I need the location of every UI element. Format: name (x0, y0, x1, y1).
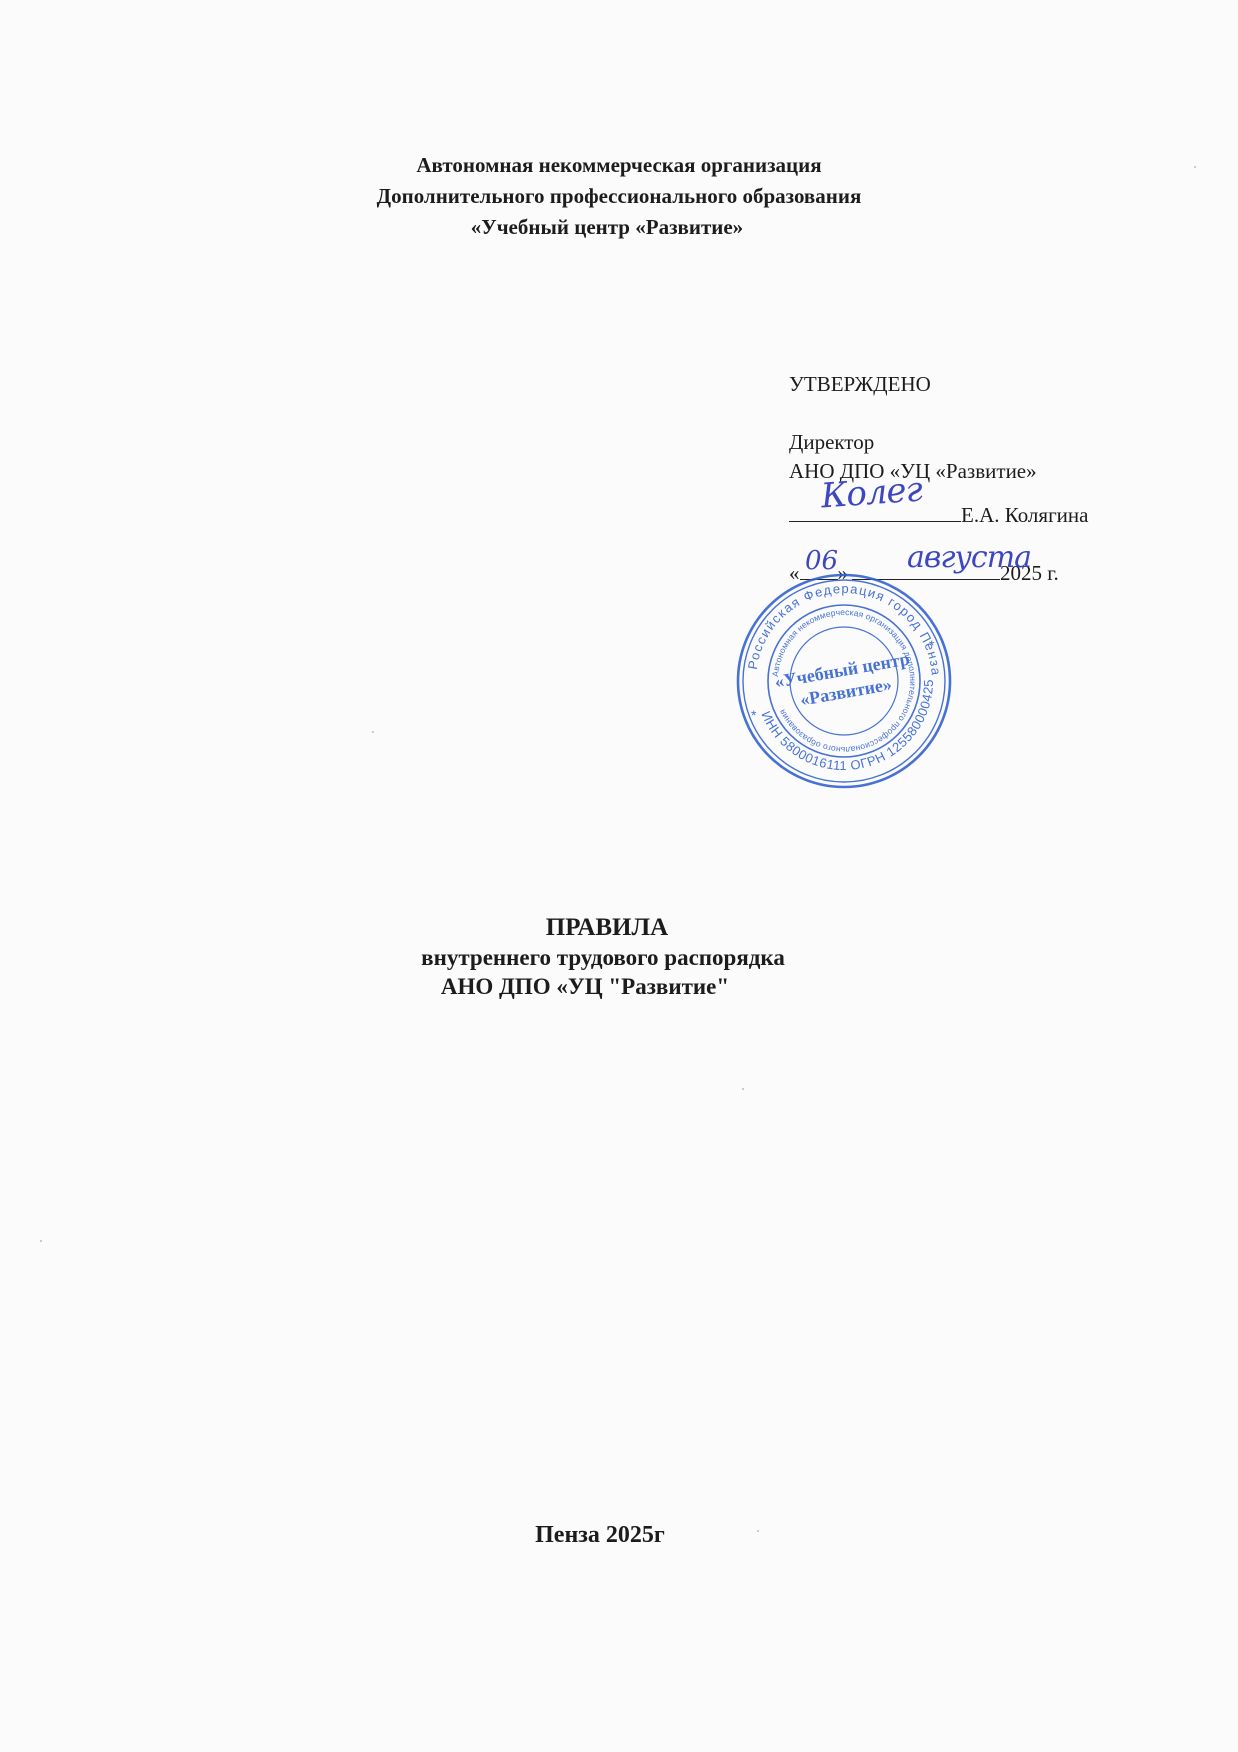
organization-seal-stamp: Российская Федерация город Пенза ИНН 580… (733, 570, 955, 792)
signatory-name: Е.А. Колягина (961, 503, 1088, 527)
handwritten-month: августа (907, 543, 1031, 572)
document-title: ПРАВИЛА внутреннего трудового распорядка… (0, 912, 1238, 1001)
title-line-2: внутреннего трудового распорядка (0, 943, 1238, 972)
scan-speck (742, 1088, 744, 1090)
approval-block: УТВЕРЖДЕНО Директор АНО ДПО «УЦ «Развити… (789, 370, 1088, 597)
scan-speck (757, 1530, 759, 1532)
org-name-line-3: «Учебный центр «Развитие» (0, 212, 1238, 243)
footer-city-year: Пенза 2025г (0, 1522, 1219, 1549)
org-name-line-2: Дополнительного профессионального образо… (0, 181, 1238, 212)
scan-speck (372, 731, 374, 733)
approved-label: УТВЕРЖДЕНО (789, 370, 1088, 399)
scan-speck (40, 1240, 42, 1242)
title-line-3: АНО ДПО «УЦ "Развитие" (0, 972, 1238, 1001)
org-name-line-1: Автономная некоммерческая организация (0, 150, 1238, 181)
organization-header: Автономная некоммерческая организация До… (0, 150, 1238, 243)
stamp-star-right: * (929, 637, 935, 653)
title-line-1: ПРАВИЛА (0, 912, 1238, 943)
signature-row: Е.А. Колягина Колег (789, 499, 1088, 539)
handwritten-signature: Колег (820, 476, 923, 512)
scan-speck (1194, 166, 1196, 168)
document-page: Автономная некоммерческая организация До… (0, 0, 1238, 1752)
stamp-star-left: * (751, 707, 757, 723)
seal-icon: Российская Федерация город Пенза ИНН 580… (733, 570, 955, 792)
director-position: Директор (789, 428, 1088, 457)
